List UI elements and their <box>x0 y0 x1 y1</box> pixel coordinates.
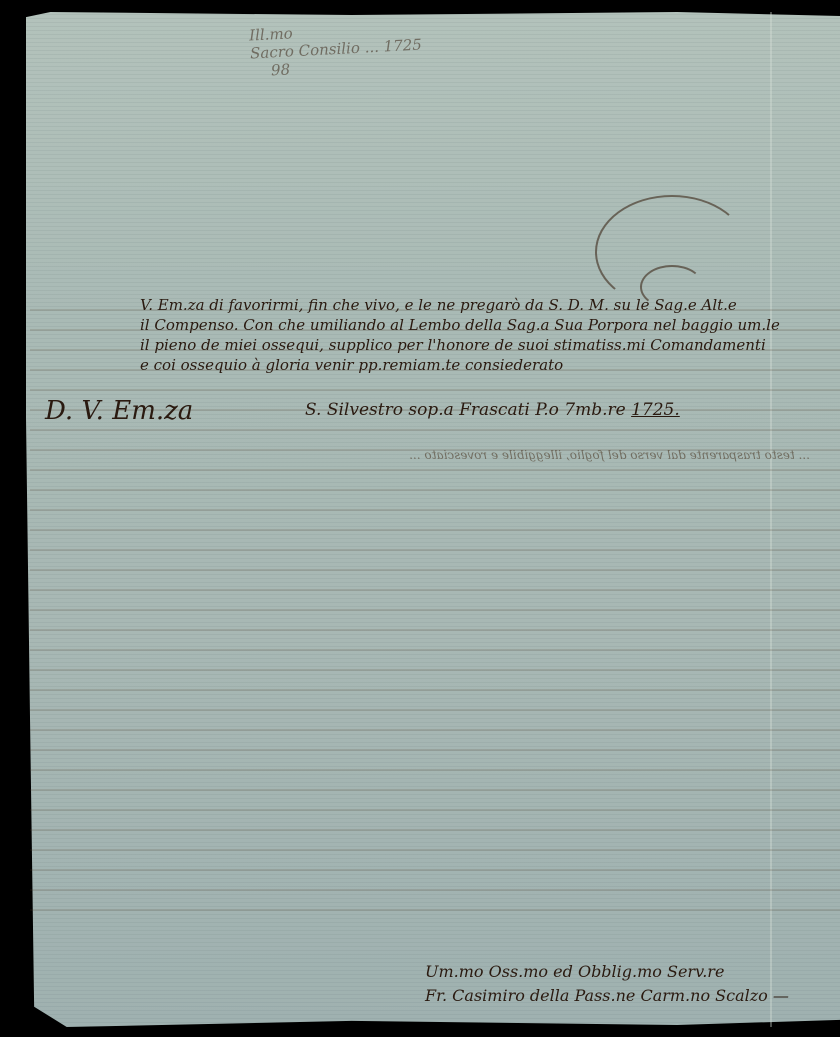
bleed-text: ... testo trasparente dal verso del fogl… <box>409 448 810 462</box>
body-line: il pieno de miei ossequi, supplico per l… <box>140 336 766 355</box>
date-year: 1725. <box>631 400 680 420</box>
body-line: e coi ossequio à gloria venir pp.remiam.… <box>140 356 563 375</box>
salutation: D. V. Em.za <box>45 396 193 426</box>
docket-annotation: Ill.mo Sacro Consilio ... 1725 98 <box>249 18 423 81</box>
place-date: S. Silvestro sop.a Frascati P.o 7mb.re 1… <box>305 400 680 420</box>
date-day-month: P.o 7mb.re <box>535 400 625 420</box>
body-line: V. Em.za di favorirmi, fin che vivo, e l… <box>140 296 737 315</box>
signature: Fr. Casimiro della Pass.ne Carm.no Scalz… <box>425 984 789 1008</box>
closing-formula: Um.mo Oss.mo ed Obblig.mo Serv.re <box>425 960 724 984</box>
body-line: il Compenso. Con che umiliando al Lembo … <box>140 316 780 335</box>
bleed-through-lines <box>30 300 840 920</box>
place-text: S. Silvestro sop.a Frascati <box>305 400 530 420</box>
bleed-through-text: ... testo trasparente dal verso del fogl… <box>50 445 810 465</box>
